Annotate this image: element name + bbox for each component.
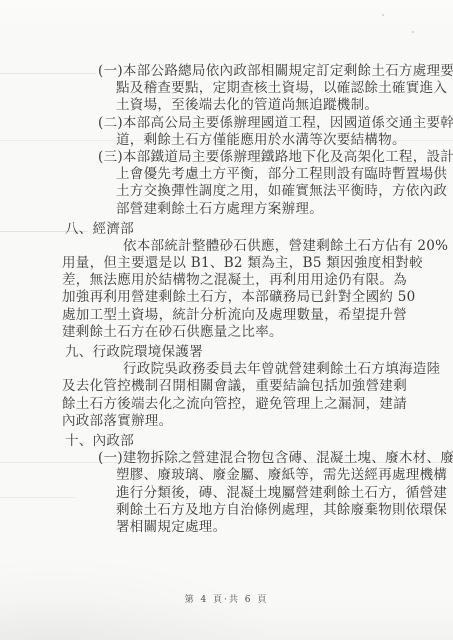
text-line: 處加工型土資場，統計分析流向及處理數量，希望提升營 [62,307,427,324]
text-line: 部營建剩餘土石方處理方案辦理。 [62,201,427,218]
section-heading: 十、內政部 [62,433,427,450]
text-line: 塑膠、廢玻璃、廢金屬、廢紙等，需先送經再處理機構 [62,467,427,484]
text-line: 點及稽查要點，定期查核土資場，以確認餘土確實進入 [62,80,427,97]
numbered-list-item: (二)本部高公局主要係辦理國道工程，因國道係交通主要幹道，剩餘土石方僅能應用於水… [62,115,427,149]
text-line: 加強再利用營建剩餘土石方，本部礦務局已針對全國約 50 [62,289,427,306]
text-line: 用量，但主要還是以 B1、B2 類為主，B5 類因強度相對較 [62,255,427,272]
text-line: 差，無法應用於結構物之混凝土，再利用用途仍有限。為 [62,272,427,289]
scan-artifact-speck [382,14,384,16]
text-line: 八、經濟部 [62,221,427,238]
scan-artifact-speck [412,31,414,33]
text-line: 署相關規定處理。 [62,519,427,536]
text-line: 餘土石方後端去化之流向管控，避免管理上之漏洞，建請 [62,396,427,413]
text-line: 行政院吳政務委員去年曾就營建剩餘土石方填海造陸 [62,361,427,378]
text-line: 建剩餘土石方在砂石供應量之比率。 [62,324,427,341]
text-line: (三)本部鐵道局主要係辦理鐵路地下化及高架化工程，設計 [62,149,427,166]
section-heading: 八、經濟部 [62,221,427,238]
page-number-footer: 第 4 頁·共 6 頁 [0,592,453,605]
numbered-list-item: (一)本部公路總局依內政部相關規定訂定剩餘土石方處理要點及稽查要點，定期查核土資… [62,63,427,115]
text-line: 進行分類後，磚、混凝土塊屬營建剩餘土石方，循營建 [62,485,427,502]
paragraph-block: 依本部統計整體砂石供應，營建剩餘土石方佔有 20%用量，但主要還是以 B1、B2… [62,238,427,341]
text-line: 九、行政院環境保護署 [62,344,427,361]
text-line: (一)本部公路總局依內政部相關規定訂定剩餘土石方處理要 [62,63,427,80]
scanned-document-page: (一)本部公路總局依內政部相關規定訂定剩餘土石方處理要點及稽查要點，定期查核土資… [0,0,453,640]
text-line: 及去化管控機制召開相關會議，重要結論包括加強營建剩 [62,378,427,395]
section-heading: 九、行政院環境保護署 [62,344,427,361]
text-line: 十、內政部 [62,433,427,450]
paragraph-block: 行政院吳政務委員去年曾就營建剩餘土石方填海造陸及去化管控機制召開相關會議，重要結… [62,361,427,430]
text-line: 剩餘土石方及地方自治條例處理，其餘廢棄物則依環保 [62,502,427,519]
text-line: 上會優先考慮土方平衡，部分工程則設有臨時暫置場供 [62,166,427,183]
numbered-list-item: (三)本部鐵道局主要係辦理鐵路地下化及高架化工程，設計上會優先考慮土方平衡，部分… [62,149,427,218]
text-line: 內政部落實辦理。 [62,413,427,430]
numbered-list-item: (一)建物拆除之營建混合物包含磚、混凝土塊、廢木材、廢塑膠、廢玻璃、廢金屬、廢紙… [62,450,427,536]
text-line: 依本部統計整體砂石供應，營建剩餘土石方佔有 20% [62,238,427,255]
text-line: 土資場，至後端去化的管道尚無追蹤機制。 [62,97,427,114]
text-line: (二)本部高公局主要係辦理國道工程，因國道係交通主要幹 [62,115,427,132]
text-line: (一)建物拆除之營建混合物包含磚、混凝土塊、廢木材、廢 [62,450,427,467]
text-line: 土方交換彈性調度之用，如確實無法平衡時，方依內政 [62,183,427,200]
text-line: 道，剩餘土石方僅能應用於水溝等次要結構物。 [62,132,427,149]
document-body: (一)本部公路總局依內政部相關規定訂定剩餘土石方處理要點及稽查要點，定期查核土資… [62,63,427,536]
